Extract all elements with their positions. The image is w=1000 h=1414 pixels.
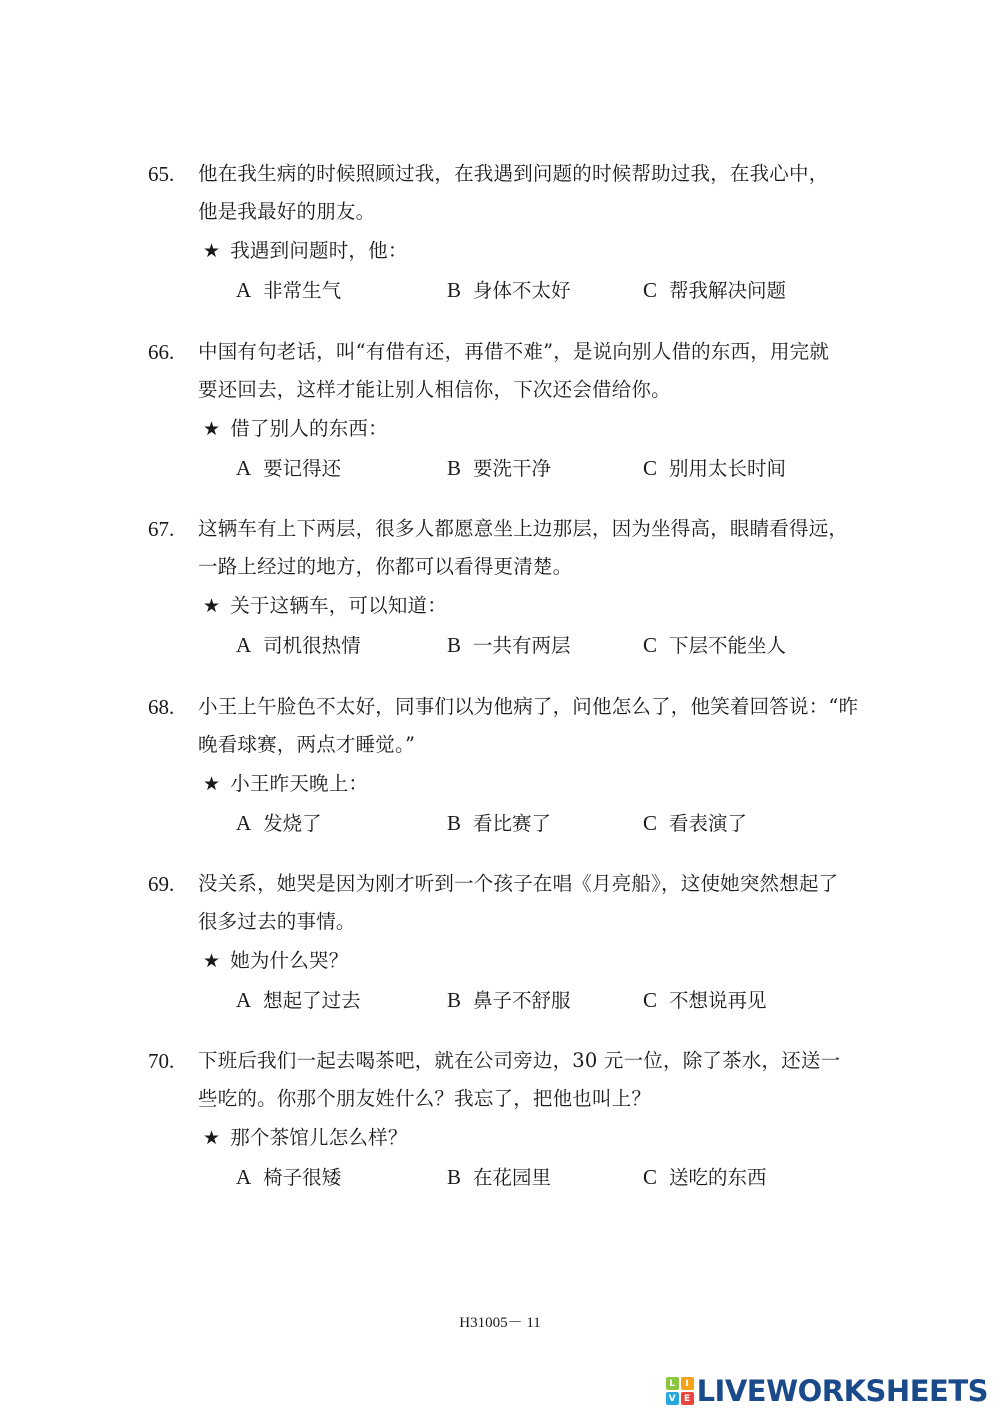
option-c[interactable]: C别用太长时间 [643,456,786,481]
option-letter: B [447,811,461,835]
question-text-line2: 他是我最好的朋友。 [198,200,375,224]
question-text-line2: 晚看球赛，两点才睡觉。” [198,733,415,757]
star-icon: ★ [203,949,220,973]
option-text: 不想说再见 [669,989,767,1013]
option-letter: A [236,278,251,302]
option-a[interactable]: A发烧了 [236,811,322,836]
question-text-line2: 很多过去的事情。 [198,910,356,934]
answer-options: A想起了过去 B鼻子不舒服 C不想说再见 [236,988,856,1014]
logo-cell-v: V [666,1392,679,1405]
option-text: 别用太长时间 [669,457,786,481]
option-letter: B [447,988,461,1012]
question-prompt: ★ 那个茶馆儿怎么样？ [203,1126,408,1150]
logo-cell-l: L [666,1377,679,1390]
option-text: 一共有两层 [473,634,571,658]
option-a[interactable]: A椅子很矮 [236,1165,341,1190]
option-letter: A [236,1165,251,1189]
question-prompt: ★ 借了别人的东西： [203,417,388,441]
option-c[interactable]: C帮我解决问题 [643,278,786,303]
option-a[interactable]: A非常生气 [236,278,341,303]
question-text-line1: 下班后我们一起去喝茶吧，就在公司旁边，30 元一位，除了茶水，还送一 [198,1049,840,1073]
brand-name: LIVEWORKSHEETS [697,1374,988,1408]
option-b[interactable]: B身体不太好 [447,278,571,303]
option-text: 看比赛了 [473,812,551,836]
option-text: 在花园里 [473,1166,551,1190]
option-letter: C [643,811,657,835]
option-a[interactable]: A想起了过去 [236,988,361,1013]
option-a[interactable]: A要记得还 [236,456,341,481]
option-text: 看表演了 [669,812,747,836]
question-prompt: ★ 关于这辆车，可以知道： [203,594,447,618]
option-letter: B [447,1165,461,1189]
star-icon: ★ [203,239,220,263]
option-letter: B [447,633,461,657]
question-text-line2: 些吃的。你那个朋友姓什么？我忘了，把他也叫上？ [198,1087,651,1111]
page-footer: H31005－ 11 [0,1311,1000,1332]
option-b[interactable]: B看比赛了 [447,811,551,836]
question-number: 68. [148,695,174,719]
star-icon: ★ [203,772,220,796]
question-prompt: ★ 小王昨天晚上： [203,772,368,796]
question-text-line1: 没关系，她哭是因为刚才听到一个孩子在唱《月亮船》，这使她突然想起了 [198,872,838,896]
prompt-text: 我遇到问题时，他： [230,239,407,263]
liveworksheets-brand[interactable]: L I V E LIVEWORKSHEETS [666,1374,988,1408]
option-b[interactable]: B要洗干净 [447,456,551,481]
option-letter: A [236,988,251,1012]
prompt-text: 关于这辆车，可以知道： [230,594,447,618]
option-b[interactable]: B在花园里 [447,1165,551,1190]
option-c[interactable]: C不想说再见 [643,988,767,1013]
option-text: 发烧了 [263,812,322,836]
option-letter: B [447,456,461,480]
option-letter: A [236,811,251,835]
option-letter: C [643,1165,657,1189]
option-letter: B [447,278,461,302]
prompt-text: 那个茶馆儿怎么样？ [230,1126,407,1150]
question-text-line1: 小王上午脸色不太好，同事们以为他病了，问他怎么了，他笑着回答说：“昨 [198,695,858,719]
option-text: 身体不太好 [473,279,571,303]
star-icon: ★ [203,594,220,618]
prompt-text: 借了别人的东西： [230,417,388,441]
option-text: 司机很热情 [263,634,361,658]
question-text-line1: 他在我生病的时候照顾过我，在我遇到问题的时候帮助过我，在我心中， [198,162,828,186]
option-b[interactable]: B一共有两层 [447,633,571,658]
answer-options: A发烧了 B看比赛了 C看表演了 [236,811,856,837]
question-prompt: ★ 她为什么哭？ [203,949,348,973]
option-a[interactable]: A司机很热情 [236,633,361,658]
option-text: 非常生气 [263,279,341,303]
question-text-line2: 一路上经过的地方，你都可以看得更清楚。 [198,555,572,579]
option-text: 帮我解决问题 [669,279,786,303]
question-text-line2: 要还回去，这样才能让别人相信你，下次还会借给你。 [198,378,671,402]
logo-cell-e: E [681,1392,694,1405]
question-number: 66. [148,340,174,364]
answer-options: A非常生气 B身体不太好 C帮我解决问题 [236,278,856,304]
answer-options: A椅子很矮 B在花园里 C送吃的东西 [236,1165,856,1191]
star-icon: ★ [203,1126,220,1150]
question-text-line1: 这辆车有上下两层，很多人都愿意坐上边那层，因为坐得高，眼睛看得远， [198,517,848,541]
option-b[interactable]: B鼻子不舒服 [447,988,571,1013]
option-text: 要记得还 [263,457,341,481]
prompt-text: 她为什么哭？ [230,949,348,973]
question-prompt: ★ 我遇到问题时，他： [203,239,408,263]
option-letter: C [643,278,657,302]
option-letter: C [643,456,657,480]
star-icon: ★ [203,417,220,441]
option-text: 下层不能坐人 [669,634,786,658]
option-c[interactable]: C送吃的东西 [643,1165,767,1190]
answer-options: A司机很热情 B一共有两层 C下层不能坐人 [236,633,856,659]
option-text: 送吃的东西 [669,1166,767,1190]
option-text: 椅子很矮 [263,1166,341,1190]
option-letter: A [236,456,251,480]
answer-options: A要记得还 B要洗干净 C别用太长时间 [236,456,856,482]
option-letter: C [643,633,657,657]
question-text-line1: 中国有句老话，叫“有借有还，再借不难”，是说向别人借的东西，用完就 [198,340,829,364]
option-letter: A [236,633,251,657]
question-number: 65. [148,162,174,186]
option-c[interactable]: C看表演了 [643,811,747,836]
option-text: 想起了过去 [263,989,361,1013]
question-number: 69. [148,872,174,896]
option-c[interactable]: C下层不能坐人 [643,633,786,658]
question-number: 67. [148,517,174,541]
question-number: 70. [148,1049,174,1073]
option-text: 要洗干净 [473,457,551,481]
option-text: 鼻子不舒服 [473,989,571,1013]
live-logo-icon: L I V E [666,1377,694,1405]
option-letter: C [643,988,657,1012]
prompt-text: 小王昨天晚上： [230,772,368,796]
logo-cell-i: I [681,1377,694,1390]
